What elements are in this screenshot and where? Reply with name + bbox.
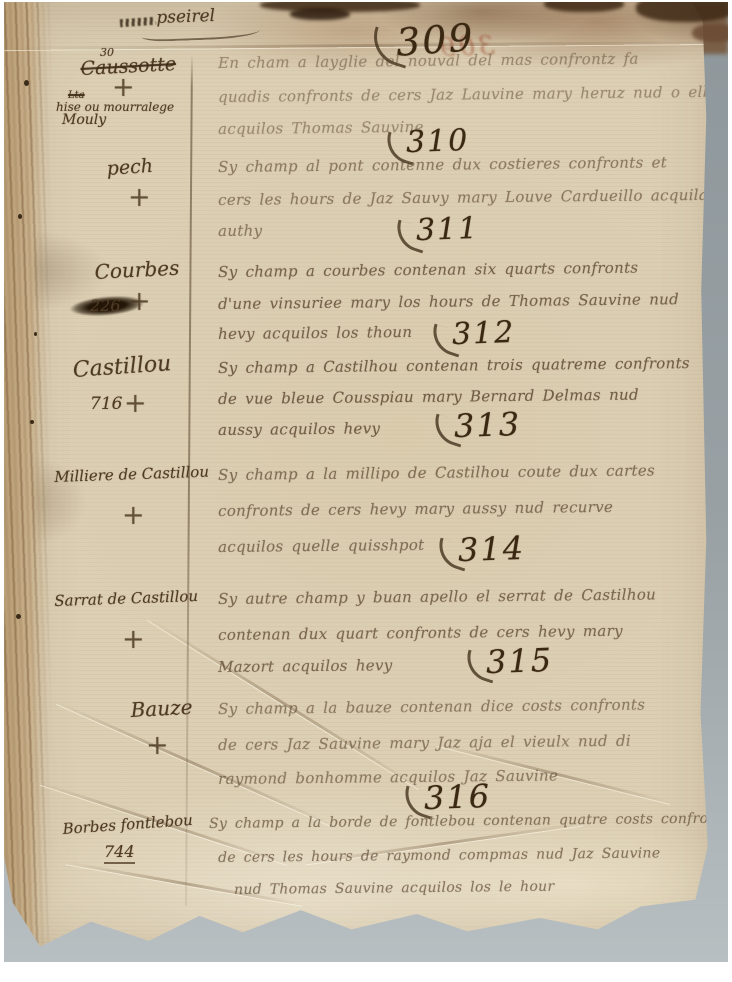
cross-mark: + <box>122 624 145 655</box>
entry-line: Sy champ a la borde de fontlebou contena… <box>209 811 728 832</box>
margin-ref-number: 226 <box>90 296 121 315</box>
entry-line: raymond bonhomme acquilos Jaz Sauvine <box>218 766 558 788</box>
entry-line: aussy acquilos hevy <box>218 419 380 439</box>
margin-subname: Mouly <box>62 112 106 128</box>
entry-line: En cham a layglie del nouval del mas con… <box>218 50 639 72</box>
entry-line: Sy champ a la bauze contenan dice costs … <box>218 696 645 718</box>
entry-number-311: 311 <box>415 211 479 248</box>
title-underline-swash <box>142 30 260 42</box>
entry-line: cers les hours de Jaz Sauvy mary Louve C… <box>218 186 708 209</box>
margin-name: Borbes fontlebou <box>62 811 193 838</box>
margin-ref-number: 716 <box>90 394 122 414</box>
entry-number-312: 312 <box>451 315 515 352</box>
binding-edge <box>4 2 52 962</box>
entry-line: acquilos quelle quisshpot <box>218 536 425 556</box>
entry-number-313: 313 <box>453 405 521 445</box>
margin-name: Courbes <box>94 256 180 284</box>
entry-line: nud Thomas Sauvine acquilos los le hour <box>234 879 555 898</box>
crumple-crease <box>56 701 331 826</box>
entry-line: Sy champ a la millipo de Castilhou coute… <box>218 461 655 484</box>
cross-mark: + <box>124 388 147 419</box>
entry-line: Sy champ a courbes contenan six quarts c… <box>218 259 638 281</box>
entry-line: de cers Jaz Sauvine mary Jaz aja el vieu… <box>218 732 631 754</box>
entry-line: authy <box>218 222 262 240</box>
running-title: pseirel <box>156 6 215 28</box>
entry-line: confronts de cers hevy mary aussy nud re… <box>218 498 613 520</box>
ink-speck <box>18 214 22 219</box>
entry-number-315: 315 <box>485 641 553 681</box>
cross-mark: + <box>128 286 151 317</box>
margin-name: Sarrat de Castillou <box>54 587 198 610</box>
entry-line: Sy champ a Castilhou contenan trois quat… <box>218 354 690 377</box>
entry-number-316: 316 <box>423 777 491 817</box>
cross-mark: + <box>146 730 169 761</box>
manuscript-scan: pseirel 309 309 30 Caussotte + Lta hise … <box>4 2 728 962</box>
ink-speck <box>16 614 21 619</box>
cross-mark: + <box>112 72 135 103</box>
ink-speck <box>30 420 34 424</box>
cross-mark: + <box>122 500 145 531</box>
margin-name: Milliere de Castillou <box>54 463 209 486</box>
margin-ref-number: 744 <box>104 842 135 864</box>
ink-speck <box>24 80 29 86</box>
margin-name: Castillou <box>72 351 172 383</box>
entry-line: d'une vinsuriee mary los hours de Thomas… <box>218 290 679 313</box>
ink-speck <box>34 332 37 336</box>
ink-squiggle <box>290 8 350 20</box>
entry-line: hevy acquilos los thoun <box>218 323 412 343</box>
cross-mark: + <box>128 182 151 213</box>
struck-word-squiggle <box>120 17 156 27</box>
entry-line: quadis confronts de cers Jaz Lauvine mar… <box>218 83 728 106</box>
entry-number-314: 314 <box>457 529 525 569</box>
margin-name: pech <box>106 155 154 180</box>
entry-line: Sy autre champ y buan apello el serrat d… <box>218 585 656 608</box>
manuscript-page: pseirel 309 309 30 Caussotte + Lta hise … <box>4 2 728 962</box>
entry-line: de cers les hours de raymond compmas nud… <box>218 845 661 866</box>
entry-line: de vue bleue Cousspiau mary Bernard Delm… <box>218 386 639 408</box>
entry-line: contenan dux quart confronts de cers hev… <box>218 622 623 644</box>
margin-name: Bauze <box>130 695 193 722</box>
torn-edge-shadow <box>692 24 728 42</box>
entry-line: Sy champ al pont contenne dux costieres … <box>218 153 667 176</box>
entry-line: Mazort acquilos hevy <box>218 656 393 676</box>
